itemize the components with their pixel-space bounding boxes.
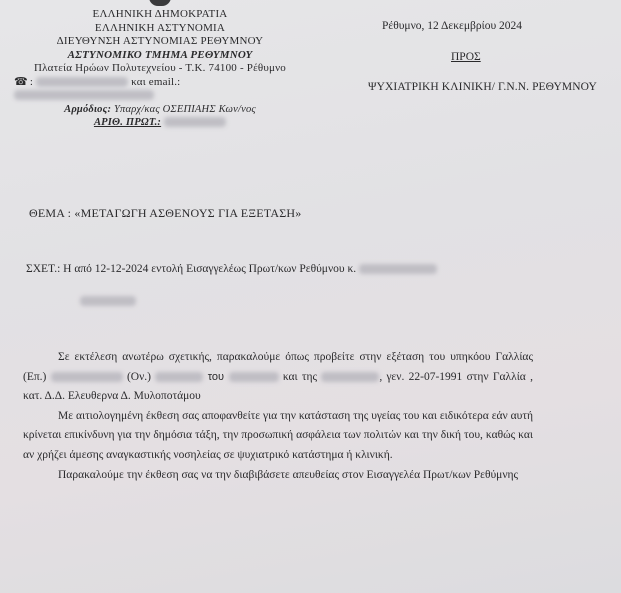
redacted-surname <box>51 372 123 382</box>
paragraph-forwarding: Παρακαλούμε την έκθεση σας να την διαβιβ… <box>23 466 533 486</box>
subject-line: ΘΕΜΑ : «ΜΕΤΑΓΩΓΗ ΑΣΘΕΝΟΥΣ ΓΙΑ ΕΞΕΤΑΣΗ» <box>29 206 301 221</box>
reference-text: Η από 12-12-2024 εντολή Εισαγγελέως Πρωτ… <box>60 263 356 275</box>
sender-address: Πλατεία Ηρώων Πολυτεχνείου - Τ.Κ. 74100 … <box>0 62 320 76</box>
email-label: και email.: <box>131 76 180 88</box>
reference-line: ΣΧΕΤ.: Η από 12-12-2024 εντολή Εισαγγελέ… <box>26 263 437 275</box>
header-line-directorate: ΔΙΕΥΘΥΝΣΗ ΑΣΤΥΝΟΜΙΑΣ ΡΕΘΥΜΝΟΥ <box>0 35 320 49</box>
redacted-father-name <box>229 372 279 382</box>
redacted-mother-name <box>321 372 379 382</box>
reference-label: ΣΧΕΤ.: <box>26 263 60 275</box>
responsible-value: Υπαρχ/κας ΟΣΕΠΙΑΗΣ Κων/νος <box>114 104 256 115</box>
header-line-republic: ΕΛΛΗΝΙΚΗ ΔΗΜΟΚΡΑΤΙΑ <box>0 8 320 22</box>
document-date: Ρέθυμνο, 12 Δεκεμβρίου 2024 <box>382 20 522 32</box>
greek-emblem-icon <box>149 0 171 6</box>
sender-header: ΕΛΛΗΝΙΚΗ ΔΗΜΟΚΡΑΤΙΑ ΕΛΛΗΝΙΚΗ ΑΣΤΥΝΟΜΙΑ Δ… <box>0 0 320 130</box>
redacted-phone <box>36 77 128 87</box>
letter-body: Σε εκτέλεση ανωτέρω σχετικής, παρακαλούμ… <box>23 348 533 485</box>
redacted-email <box>14 90 154 100</box>
redacted-protocol <box>164 117 226 127</box>
responsible-officer: Αρμόδιος: Υπαρχ/κας ΟΣΕΠΙΑΗΣ Κων/νος <box>0 103 320 117</box>
header-line-police: ΕΛΛΗΝΙΚΗ ΑΣΤΥΝΟΜΙΑ <box>0 22 320 36</box>
phone-icon: ☎ <box>14 76 28 88</box>
redacted-first-name <box>155 372 203 382</box>
contact-line: ☎: και email.: <box>0 76 320 103</box>
p1-part-c: του <box>203 371 228 383</box>
paragraph-assessment: Με αιτιολογημένη έκθεση σας αποφανθείτε … <box>23 407 533 466</box>
to-label: ΠΡΟΣ <box>451 51 481 63</box>
reference-continuation <box>80 292 136 310</box>
p1-part-b: (Ον.) <box>123 371 156 383</box>
header-line-department: ΑΣΤΥΝΟΜΙΚΟ ΤΜΗΜΑ ΡΕΘΥΜΝΟΥ <box>0 49 320 63</box>
p1-part-d: και της <box>279 371 322 383</box>
redacted-prosecutor-surname <box>80 296 136 306</box>
redacted-prosecutor-name <box>359 264 437 274</box>
phone-separator: : <box>30 76 33 88</box>
responsible-label: Αρμόδιος: <box>64 104 111 115</box>
protocol-label: ΑΡΙΘ. ΠΡΩΤ.: <box>94 117 161 128</box>
document-page: ΕΛΛΗΝΙΚΗ ΔΗΜΟΚΡΑΤΙΑ ΕΛΛΗΝΙΚΗ ΑΣΤΥΝΟΜΙΑ Δ… <box>0 0 621 593</box>
paragraph-request: Σε εκτέλεση ανωτέρω σχετικής, παρακαλούμ… <box>23 348 533 407</box>
protocol-number: ΑΡΙΘ. ΠΡΩΤ.: <box>0 116 320 130</box>
recipient: ΨΥΧΙΑΤΡΙΚΗ ΚΛΙΝΙΚΗ/ Γ.Ν.Ν. ΡΕΘΥΜΝΟΥ <box>368 81 597 93</box>
